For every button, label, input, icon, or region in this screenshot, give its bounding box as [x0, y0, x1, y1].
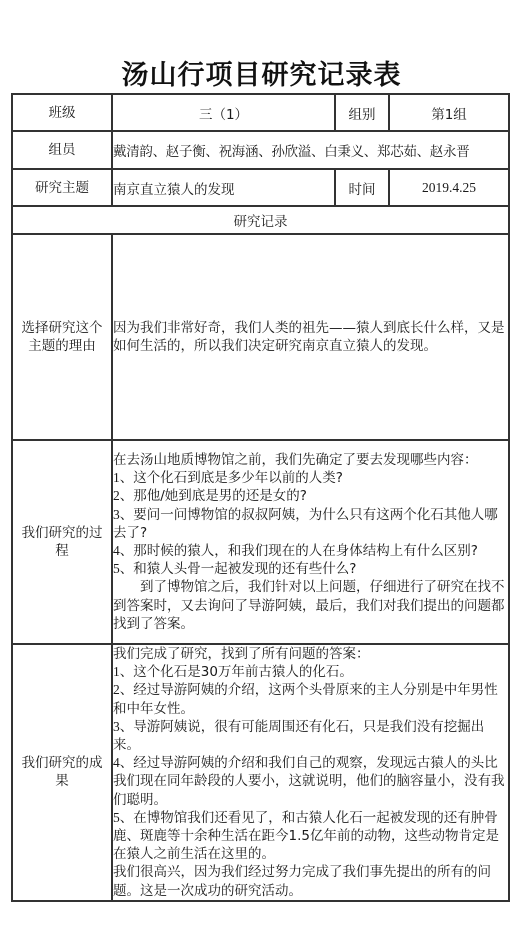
process-item: 4、那时候的猿人，和我们现在的人在身体结构上有什么区别?: [113, 542, 508, 560]
process-item: 2、那他/她到底是男的还是女的?: [113, 487, 508, 505]
class-row: 班级 三（1） 组别 第1组: [12, 94, 509, 131]
topic-row: 研究主题 南京直立猿人的发现 时间 2019.4.25: [12, 169, 509, 206]
results-item: 5、在博物馆我们还看见了，和古猿人化石一起被发现的还有肿骨鹿、斑鹿等十余种生活在…: [113, 809, 508, 864]
process-item: 3、要问一问博物馆的叔叔阿姨，为什么只有这两个化石其他人哪去了?: [113, 506, 508, 542]
process-label: 我们研究的过程: [12, 440, 112, 644]
time-label: 时间: [335, 169, 389, 206]
results-item: 2、经过导游阿姨的介绍，这两个头骨原来的主人分别是中年男性和中年女性。: [113, 681, 508, 717]
results-item: 4、经过导游阿姨的介绍和我们自己的观察，发现远古猿人的头比我们现在同年龄段的人要…: [113, 754, 508, 809]
process-conclusion: 到了博物馆之后，我们针对以上问题，仔细进行了研究在找不到答案时，又去询问了导游阿…: [113, 578, 508, 633]
class-label: 班级: [12, 94, 112, 131]
process-intro: 在去汤山地质博物馆之前，我们先确定了要去发现哪些内容：: [113, 451, 508, 469]
group-label: 组别: [335, 94, 389, 131]
topic-label: 研究主题: [12, 169, 112, 206]
results-label: 我们研究的成果: [12, 644, 112, 901]
members-row: 组员 戴清韵、赵子衡、祝海涵、孙欣溢、白秉义、郑芯茹、赵永晋: [12, 131, 509, 169]
process-row: 我们研究的过程 在去汤山地质博物馆之前，我们先确定了要去发现哪些内容： 1、这个…: [12, 440, 509, 644]
process-item: 5、和猿人头骨一起被发现的还有些什么?: [113, 560, 508, 578]
results-content: 我们完成了研究，找到了所有问题的答案： 1、这个化石是30万年前古猿人的化石。 …: [112, 644, 509, 901]
research-record-table: 班级 三（1） 组别 第1组 组员 戴清韵、赵子衡、祝海涵、孙欣溢、白秉义、郑芯…: [11, 93, 510, 902]
section-header: 研究记录: [12, 206, 509, 234]
reason-label: 选择研究这个主题的理由: [12, 234, 112, 440]
class-value: 三（1）: [112, 94, 335, 131]
process-item: 1、这个化石到底是多少年以前的人类?: [113, 469, 508, 487]
results-item: 3、导游阿姨说，很有可能周围还有化石，只是我们没有挖掘出来。: [113, 718, 508, 754]
process-content: 在去汤山地质博物馆之前，我们先确定了要去发现哪些内容： 1、这个化石到底是多少年…: [112, 440, 509, 644]
results-item: 1、这个化石是30万年前古猿人的化石。: [113, 663, 508, 681]
members-label: 组员: [12, 131, 112, 169]
results-intro: 我们完成了研究，找到了所有问题的答案：: [113, 645, 508, 663]
time-value: 2019.4.25: [389, 169, 509, 206]
results-row: 我们研究的成果 我们完成了研究，找到了所有问题的答案： 1、这个化石是30万年前…: [12, 644, 509, 901]
reason-row: 选择研究这个主题的理由 因为我们非常好奇，我们人类的祖先——猿人到底长什么样，又…: [12, 234, 509, 440]
document-title: 汤山行项目研究记录表: [0, 58, 523, 94]
section-header-row: 研究记录: [12, 206, 509, 234]
members-value: 戴清韵、赵子衡、祝海涵、孙欣溢、白秉义、郑芯茹、赵永晋: [112, 131, 509, 169]
reason-text: 因为我们非常好奇，我们人类的祖先——猿人到底长什么样，又是如何生活的，所以我们决…: [112, 234, 509, 440]
group-value: 第1组: [389, 94, 509, 131]
results-conclusion: 我们很高兴，因为我们经过努力完成了我们事先提出的所有的问题。这是一次成功的研究活…: [113, 863, 508, 899]
topic-value: 南京直立猿人的发现: [112, 169, 335, 206]
